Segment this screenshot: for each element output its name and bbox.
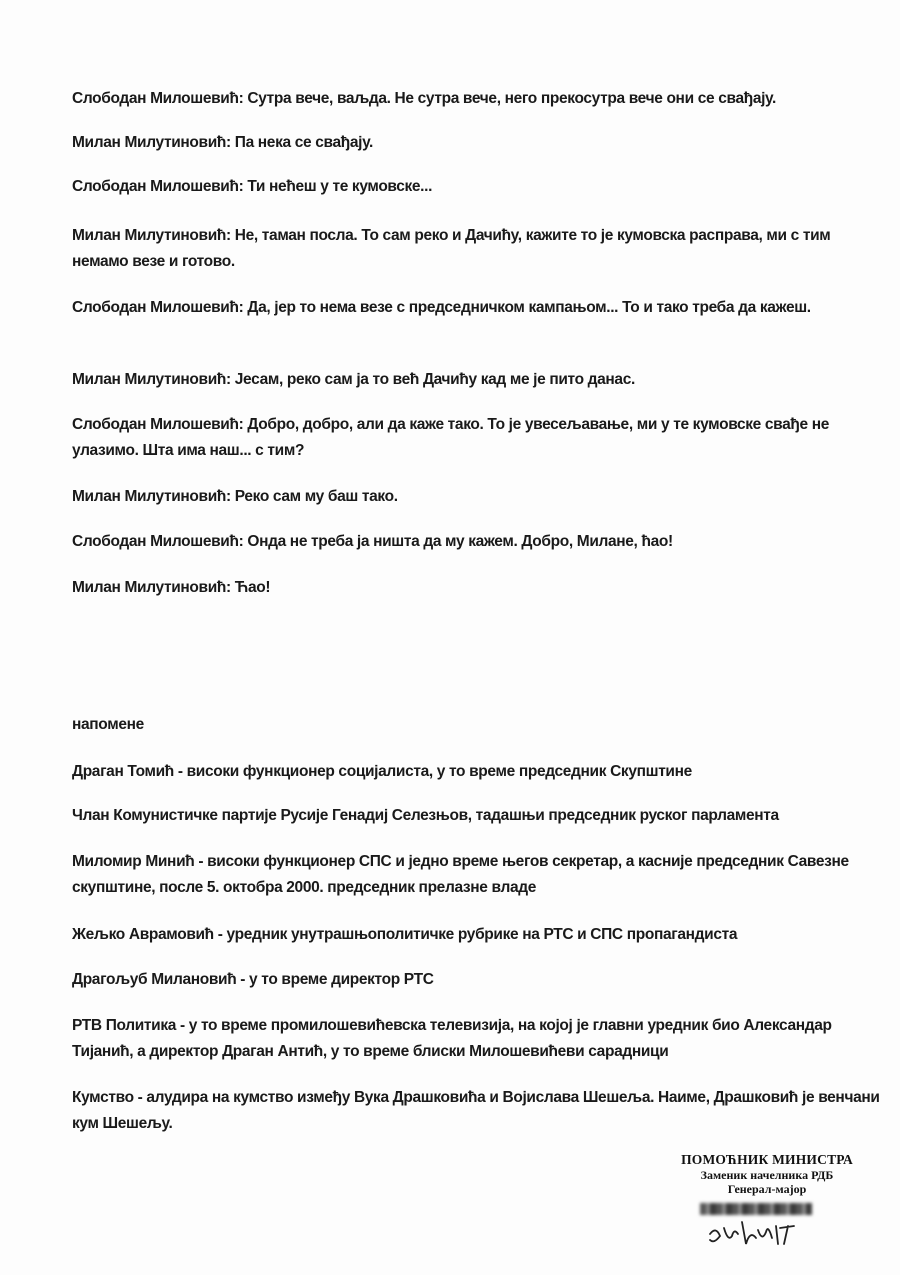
speaker-name: Слободан Милошевић xyxy=(72,178,239,195)
document-page: Слободан Милошевић: Сутра вече, ваљда. Н… xyxy=(0,0,900,1275)
speaker-name: Милан Милутиновић xyxy=(72,579,226,596)
transcript-line: Милан Милутиновић: Не, таман посла. То с… xyxy=(72,223,882,275)
speaker-name: Милан Милутиновић xyxy=(72,227,226,244)
note-item: Миломир Минић - високи функционер СПС и … xyxy=(72,849,882,901)
note-item: Драган Томић - високи функционер социјал… xyxy=(72,759,882,785)
stamp-rank: Генерал-мајор xyxy=(662,1182,872,1196)
utterance: Да, јер то нема везе с председничком кам… xyxy=(247,299,810,316)
transcript-line: Милан Милутиновић: Реко сам му баш тако. xyxy=(72,484,882,510)
note-item: Кумство - алудира на кумство између Вука… xyxy=(72,1085,882,1137)
note-item: РТВ Политика - у то време промилошевићев… xyxy=(72,1013,882,1065)
transcript-line: Слободан Милошевић: Онда не треба ја ниш… xyxy=(72,529,882,555)
speaker-name: Милан Милутиновић xyxy=(72,371,226,388)
notes-heading: напомене xyxy=(72,712,882,738)
utterance: Ћао! xyxy=(235,579,270,596)
utterance: Онда не треба ја ништа да му кажем. Добр… xyxy=(247,533,672,550)
speaker-name: Слободан Милошевић xyxy=(72,533,239,550)
stamp-position: Заменик начелника РДБ xyxy=(662,1168,872,1182)
speaker-name: Слободан Милошевић xyxy=(72,90,239,107)
note-item: Драгољуб Милановић - у то време директор… xyxy=(72,967,882,993)
transcript-line: Милан Милутиновић: Па нека се свађају. xyxy=(72,130,882,156)
utterance: Ти нећеш у те кумовске... xyxy=(247,178,432,195)
stamp-title: ПОМОЋНИК МИНИСТРА xyxy=(662,1152,872,1168)
transcript-line: Слободан Милошевић: Добро, добро, али да… xyxy=(72,412,882,464)
signature-icon xyxy=(706,1212,806,1252)
speaker-name: Слободан Милошевић xyxy=(72,416,239,433)
transcript-line: Слободан Милошевић: Да, јер то нема везе… xyxy=(72,295,882,321)
official-stamp: ПОМОЋНИК МИНИСТРА Заменик начелника РДБ … xyxy=(662,1152,872,1196)
utterance: Реко сам му баш тако. xyxy=(235,488,398,505)
note-item: Члан Комунистичке партије Русије Генадиј… xyxy=(72,803,882,829)
speaker-name: Милан Милутиновић xyxy=(72,488,226,505)
utterance: Па нека се свађају. xyxy=(235,134,373,151)
transcript-line: Милан Милутиновић: Ћао! xyxy=(72,575,882,601)
utterance: Јесам, реко сам ја то већ Дачићу кад ме … xyxy=(235,371,635,388)
speaker-name: Милан Милутиновић xyxy=(72,134,226,151)
transcript-line: Слободан Милошевић: Сутра вече, ваљда. Н… xyxy=(72,86,882,112)
speaker-name: Слободан Милошевић xyxy=(72,299,239,316)
utterance: Сутра вече, ваљда. Не сутра вече, него п… xyxy=(247,90,776,107)
note-item: Жељко Аврамовић - уредник унутрашњополит… xyxy=(72,922,882,948)
transcript-line: Слободан Милошевић: Ти нећеш у те кумовс… xyxy=(72,174,882,200)
transcript-line: Милан Милутиновић: Јесам, реко сам ја то… xyxy=(72,367,882,393)
